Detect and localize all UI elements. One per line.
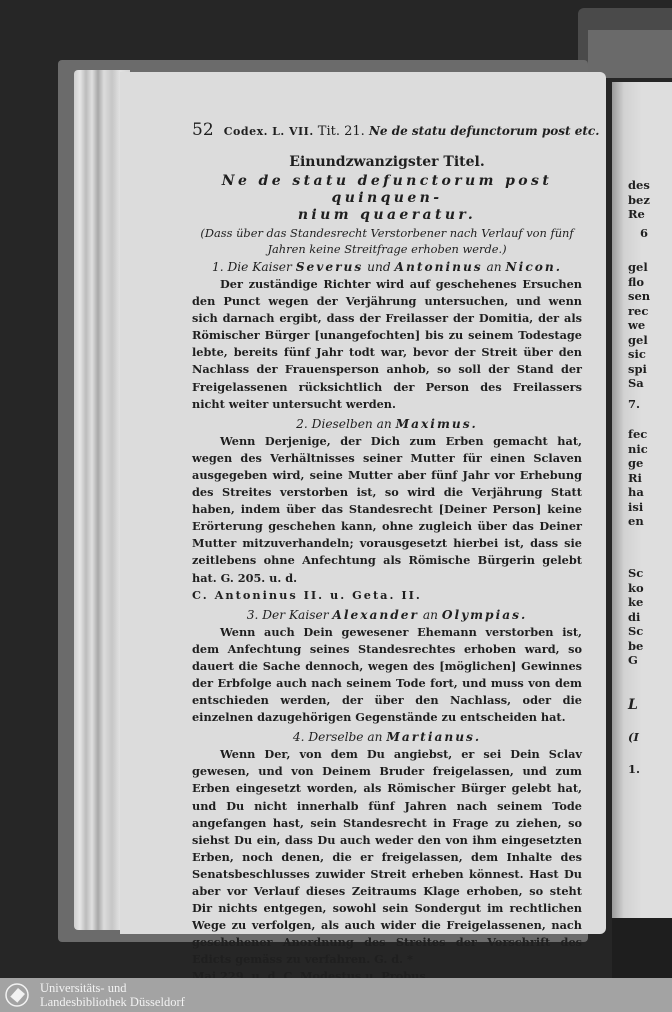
title-latin-line1: Ne de statu defunctorum post quinquen- — [192, 173, 582, 207]
library-name-line1: Universitäts- und — [40, 981, 185, 995]
law-2-text: Wenn Derjenige, der Dich zum Erben gemac… — [192, 433, 582, 587]
right-page-fragment-4: 7. — [628, 397, 640, 412]
title-heading: Einundzwanzigster Titel. — [192, 154, 582, 171]
title-ref: Tit. 21. — [318, 124, 365, 139]
right-bottom-shadow — [612, 918, 672, 978]
law-1-name-nicon: Nicon. — [506, 260, 562, 274]
codex-label: Codex. — [224, 125, 268, 138]
law-1-text: Der zuständige Richter wird auf geschehe… — [192, 276, 582, 413]
law-3-heading-suffix: an — [419, 608, 442, 622]
library-book-logo-icon — [4, 982, 30, 1008]
right-page-fragment-9: 1. — [628, 762, 640, 777]
title-german-line1: (Dass über das Standesrecht Verstorbener… — [192, 226, 582, 240]
right-page-fragment-5: fec nic ge Ri ha isi en — [628, 427, 648, 529]
right-page-fragment-7: L — [628, 698, 638, 713]
right-page-fragment-8: (I — [628, 730, 639, 745]
page-number: 52 — [192, 120, 214, 140]
library-footer: Universitäts- und Landesbibliothek Düsse… — [0, 978, 672, 1012]
book-label: L. VII. — [272, 125, 314, 138]
right-page-fragment-1: des bez Re — [628, 178, 650, 222]
law-3-heading-prefix: 3. Der Kaiser — [247, 608, 333, 622]
right-page-fragment-6: Sc ko ke di Sc be G — [628, 566, 644, 668]
law-3-name-alexander: Alexander — [332, 608, 419, 622]
law-2-heading: 2. Dieselben an Maximus. — [192, 416, 582, 433]
page-text: 52 Codex. L. VII. Tit. 21. Ne de statu d… — [192, 122, 582, 986]
law-1-heading-mid: und — [363, 260, 394, 274]
right-cover-edge — [588, 30, 672, 78]
library-name: Universitäts- und Landesbibliothek Düsse… — [40, 981, 185, 1009]
law-1-heading-suffix: an — [483, 260, 506, 274]
running-head: 52 Codex. L. VII. Tit. 21. Ne de statu d… — [192, 122, 582, 140]
law-1-heading: 1. Die Kaiser Severus und Antoninus an N… — [192, 259, 582, 276]
short-title: Ne de statu defunctorum post etc. — [369, 124, 599, 138]
law-2-heading-prefix: 2. Dieselben an — [296, 417, 395, 431]
right-page-fragment-2: 6 — [640, 226, 648, 241]
right-page-fragment-3: gel flo sen rec we gel sic spi Sa — [628, 260, 650, 391]
library-name-line2: Landesbibliothek Düsseldorf — [40, 995, 185, 1009]
law-4-heading-prefix: 4. Derselbe an — [293, 730, 387, 744]
law-2-date-line: C. Antoninus II. u. Geta. II. — [192, 587, 582, 604]
law-4-text: Wenn Der, von dem Du angiebst, er sei De… — [192, 746, 582, 968]
law-1-name-severus: Severus — [296, 260, 364, 274]
title-german-line2: Jahren keine Streitfrage erhoben werde.) — [192, 242, 582, 256]
law-3-name-olympias: Olympias. — [442, 608, 527, 622]
law-1-heading-prefix: 1. Die Kaiser — [212, 260, 296, 274]
law-2-name-maximus: Maximus. — [396, 417, 478, 431]
law-4-heading: 4. Derselbe an Martianus. — [192, 729, 582, 746]
law-3-text: Wenn auch Dein gewesener Ehemann verstor… — [192, 624, 582, 727]
law-1-name-antoninus: Antoninus — [395, 260, 483, 274]
law-4-name-martianus: Martianus. — [386, 730, 481, 744]
law-3-heading: 3. Der Kaiser Alexander an Olympias. — [192, 607, 582, 624]
title-latin-line2: nium quaeratur. — [192, 207, 582, 224]
